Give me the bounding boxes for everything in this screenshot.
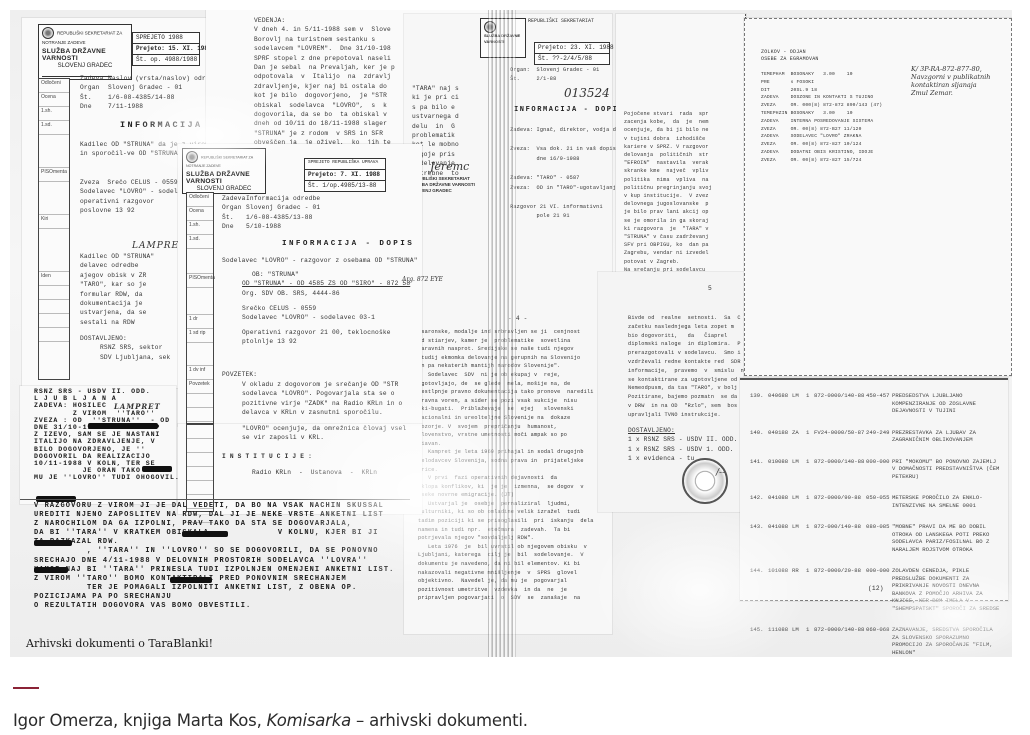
text-line: Pojočene stvari rada spr bbox=[624, 110, 712, 118]
table-row: 140.040188ZA1FV24-0000/50-87249-249PREZR… bbox=[750, 429, 1002, 444]
text-line: se je omorila in ga skoraj bbox=[624, 217, 712, 225]
text-line: v tujini dobra izhodišče bbox=[624, 135, 712, 143]
document-telex: RSNZ SRS - USDV II. ODD.L J U B L J A N … bbox=[20, 386, 176, 504]
document-zveza: Srečko CELUS - 0559 Sodelavec "LOVRO" - … bbox=[242, 304, 375, 323]
document-listing-table: 139.040688LM1872-0000/140-88450-457PREDS… bbox=[740, 378, 1008, 601]
text-line: vzdrževali redne kontakte red SDR bbox=[628, 358, 744, 367]
handwritten-signature: Jeremc bbox=[430, 160, 469, 173]
listing-entry: ZVEZA OR. 00(8) 872-827 10/124 bbox=[761, 141, 882, 149]
coat-of-arms-icon bbox=[186, 151, 198, 163]
redaction-mark bbox=[142, 466, 172, 472]
text-line: "STRUNA" v času zadrževanj bbox=[624, 233, 712, 241]
text-line: Nemeodpusm, da tas "TARO", v bolj bbox=[628, 384, 744, 393]
document-header-box: REPUBLIŠKI SEKRETARIAT ZA NOTRANJE ZADEV… bbox=[38, 24, 132, 80]
handwritten-signature: /‑‑ bbox=[716, 468, 725, 478]
text-line: je bilo prav lani akcij op bbox=[624, 208, 712, 216]
listing-entry: ZVEZA OR. 000(8) 872-872 890/143 (47) bbox=[761, 102, 882, 110]
document-summary: V okladu z dogovorom je srečanje OD "STR… bbox=[242, 380, 402, 418]
coat-of-arms-icon bbox=[42, 27, 54, 39]
listing-entries: TEMEPHAM BOSONAKY 3.00 10PRE s FOSOKIDIT… bbox=[761, 71, 882, 165]
document-listing-top: ZOLKOV - ODJAN OSEBE ZA EGRAMOVAN K/ 3P-… bbox=[744, 18, 1012, 376]
text-line: POZICIJAMA PA PO SRECHANJU bbox=[34, 593, 394, 602]
listing-entry: ZADEVA INTERNA POSREDOVANJE SISTEMA bbox=[761, 118, 882, 126]
document-title: INFORMACIJA - DOPIS bbox=[282, 240, 414, 248]
text-line: O REZULTATIH DOGOVORA VAS BOMO OBVESTILI… bbox=[34, 602, 394, 611]
text-line: v DRW in na OD "Rzlo", sem bos bbox=[628, 402, 744, 411]
text-line: potovat v Zagreb. bbox=[624, 258, 712, 266]
document-telex-body: V RAZGOVORU Z VIROM JI JE DAL VEDETI, DA… bbox=[34, 502, 394, 611]
document-header-text: REPUBLIŠKI SEKRETARIAT bbox=[528, 18, 594, 24]
page-number: (12) bbox=[868, 584, 884, 593]
text-line: KAMOR NAJ BI ''TARA'' PRINESLA TUDI IZPO… bbox=[34, 566, 394, 575]
document-margin-column: OdločeniOcena1.sh.1.sd. PISOmenta 1 dr1 … bbox=[186, 192, 214, 424]
received-stamp: Prejeto: 23. XI. 1988 Št. ??-2/4/5/88 bbox=[534, 42, 610, 65]
document-center-left: REPUBLIŠKI SEKRETARIAT ZA NOTRANJE ZADEV… bbox=[178, 144, 422, 426]
redaction-mark bbox=[34, 540, 72, 546]
text-line: V RAZGOVORU Z VIROM JI JE DAL VEDETI, DA… bbox=[34, 502, 394, 511]
table-row: 145.111088LM1872-0000/140-88060-068ZAZNA… bbox=[750, 626, 1002, 656]
document-meta: ZadevaNaslov (vrsta/naslov) odredbe Orga… bbox=[80, 74, 221, 112]
text-line: političnu pregrinjanju svoj bbox=[624, 184, 712, 192]
document-center-left-lower: "LOVRO" ocenjuje, da omrežnica človaj vs… bbox=[178, 424, 422, 514]
text-line: SRECHAJO DNE 4/11-1988 V DELOVNIH PROSTO… bbox=[34, 557, 394, 566]
redaction-mark bbox=[34, 567, 68, 573]
margin-note: Arg. 872 EYE bbox=[402, 276, 443, 283]
text-line: skranke kme največ vpliv bbox=[624, 167, 712, 175]
text-line: DOGOVORIL DA REALIZACIJO bbox=[34, 453, 180, 460]
listing-entry: DIT 20SL.9 18 bbox=[761, 87, 882, 95]
listing-entry: TEMEPHAM BOSONAKY 3.00 10 bbox=[761, 71, 882, 79]
text-line: BILO DOGOVORJENO, JE '' bbox=[34, 446, 180, 453]
text-line: RSNZ SRS - USDV II. ODD. bbox=[34, 388, 180, 395]
distribution-list: DOSTAVLJENO: RSNZ SRS, sektor SDV Ljublj… bbox=[80, 334, 170, 362]
text-line: Z VIROM ''TARO'' BOMO KONTAKTIRALI PRED … bbox=[34, 575, 394, 584]
text-line: diplomski naloge in diplomira. P bbox=[628, 340, 744, 349]
document-subject: Sodelavec "LOVRO" - razgovor z osebama O… bbox=[222, 256, 418, 265]
document-lower-body: Kadilec OD "STRUNA" delavec odredbe ajeg… bbox=[80, 252, 154, 327]
document-number-handwritten: 013524 bbox=[564, 86, 610, 100]
official-seal bbox=[682, 458, 728, 504]
redaction-mark bbox=[88, 423, 158, 429]
listing-entry: ZADEVA SODELAVEC "LOVRO" ZRAKNA bbox=[761, 133, 882, 141]
text-line: , ''TARA'' IN ''LOVRO'' SO SE DOGOVORILI… bbox=[34, 547, 394, 556]
text-line: TA RAZKAZAL RDW. bbox=[34, 538, 394, 547]
text-line: začetku naslednjega leta zopet m bbox=[628, 323, 744, 332]
text-line: informacije, pravemo v smislu n bbox=[628, 367, 744, 376]
text-line: MU JE ''LOVRO'' TUDI OHOGOVIL. bbox=[34, 474, 180, 481]
text-line: "EFROIN" nastavila verak bbox=[624, 159, 712, 167]
listing-entry: ZADEVA DODATNI OBIS KRISTINO, IDOJE bbox=[761, 149, 882, 157]
listing-entry: TEMEPHZIN BOSONAKY 3.00 10 bbox=[761, 110, 882, 118]
text-line: politika nima vpliva na bbox=[624, 176, 712, 184]
text-line: delovnega jugoslovanske p bbox=[624, 200, 712, 208]
text-line: Z NAROCHILOM DA GA IZPOLNI, PRAV TAKO DA… bbox=[34, 520, 394, 529]
book-title: Komisarka bbox=[267, 711, 351, 730]
text-line: ki razgovora je "TARA" v bbox=[624, 225, 712, 233]
page-fold bbox=[488, 10, 516, 657]
text-line: SFV pri OBPIGU, ko dan pa bbox=[624, 241, 712, 249]
document-right-text: Pojočene stvari rada sprzacenja kobe, da… bbox=[616, 14, 746, 272]
handwritten-name: LAMPRET bbox=[114, 402, 161, 411]
table-row: 143.041088LM1872-000/140-88080-085"MOBNE… bbox=[750, 523, 1002, 553]
text-line: ocenjuje, da bi ji bilo ne bbox=[624, 126, 712, 134]
povzetek-label: POVZETEK: bbox=[222, 370, 257, 379]
institucije-value: Radio KRLn - Ustanova - KRLn bbox=[252, 468, 377, 477]
text-line: upravljali TVNO instrukcije. bbox=[628, 411, 744, 420]
text-line: kariere v SPRZ. V razgovor bbox=[624, 143, 712, 151]
received-stamp: SPREJETO 1988 Prejeto: 15. XI. 1988 Št. … bbox=[132, 32, 200, 66]
table-row: 139.040688LM1872-0000/140-88450-457PREDS… bbox=[750, 392, 1002, 415]
document-header-box: REPUBLIŠKI SEKRETARIAT ZA NOTRANJE ZADEV… bbox=[182, 148, 266, 194]
listing-entry: ZVEZA OR. 00(8) 872-827 15/724 bbox=[761, 157, 882, 165]
page-number: 5 bbox=[708, 284, 712, 293]
text-line: v kup institucije. V zvez bbox=[624, 192, 712, 200]
text-line: prerazgotovali v sodelavcu. Smo i bbox=[628, 349, 744, 358]
document-margin-column: OdločeniOcena1.sh.1.sd. PISOmenta KiriId… bbox=[38, 78, 70, 380]
listing-entry: ZVEZA OR. 00(8) 872-B27 11/120 bbox=[761, 126, 882, 134]
text-line: zacenja kobe, da je nem bbox=[624, 118, 712, 126]
redaction-mark bbox=[182, 531, 228, 537]
document-page-5: 5 Bivde od realne setnosti. Sa Czačetku … bbox=[598, 272, 758, 512]
figure-caption: Igor Omerza, knjiga Marta Kos, Komisarka… bbox=[13, 711, 528, 730]
text-line: TER JE POMAGALI IZPOLNITI ANKETNI LIST, … bbox=[34, 584, 394, 593]
institucije-label: I N S T I T U C I J E : bbox=[222, 452, 312, 461]
listing-entry: PRE s FOSOKI bbox=[761, 79, 882, 87]
text-line: Z IZEVO, SAM SE JE NASTANI bbox=[34, 431, 180, 438]
text-line: Zagrebu, vendar ni izvedel bbox=[624, 249, 712, 257]
redaction-mark bbox=[170, 577, 212, 583]
text-line: Pozitirane, bajemo pozmatn se da bbox=[628, 393, 744, 402]
text-line: delovanja političnih str bbox=[624, 151, 712, 159]
listing-table: 139.040688LM1872-0000/140-88450-457PREDS… bbox=[750, 392, 1002, 657]
image-caption: Arhivski dokumenti o TaraBlanki! bbox=[26, 637, 213, 650]
document-meta: ZadevaInformacija odredbe OrganSlovenj G… bbox=[222, 194, 320, 232]
archival-documents-image: REPUBLIŠKI SEKRETARIAT ZA NOTRANJE ZADEV… bbox=[10, 10, 1012, 657]
text-line: ITALIJO NA ZDRAVLJENJE, V bbox=[34, 438, 180, 445]
table-row: 142.041088LM1872-0000/90-88050-055METERS… bbox=[750, 494, 1002, 509]
text-line: bio dogovoriti, da Čiaprel bbox=[628, 332, 744, 341]
listing-entry: ZADEVA DOSZONE IN KONTAKTI S TUJINO bbox=[761, 94, 882, 102]
text-line: se kontaktirane za ugotovljene od bbox=[628, 376, 744, 385]
document-references: OB: "STRUNA" OD "STRUNA" - OD 4585 ZS OD… bbox=[242, 270, 410, 298]
document-title: INFORMACIJA - DOPIS bbox=[514, 106, 624, 114]
received-stamp: SPREJETO REPUBLIŠKA UPRAVA Prejeto: 7. X… bbox=[304, 158, 386, 192]
table-row: 141.010088LM1872-0000/140-88000-000PRI "… bbox=[750, 458, 1002, 481]
text-line: UREDITI NJENO ZAPOSLITEV NA RDW, DAL JI … bbox=[34, 511, 394, 520]
document-razgovor: Operativni razgovor 21 00, teklocnoške p… bbox=[242, 328, 391, 347]
text-line: Bivde od realne setnosti. Sa C bbox=[628, 314, 744, 323]
handwritten-note: K/ 3P-RA-872-877-80, Navzgorni v publika… bbox=[911, 65, 990, 97]
accent-divider bbox=[13, 687, 39, 689]
